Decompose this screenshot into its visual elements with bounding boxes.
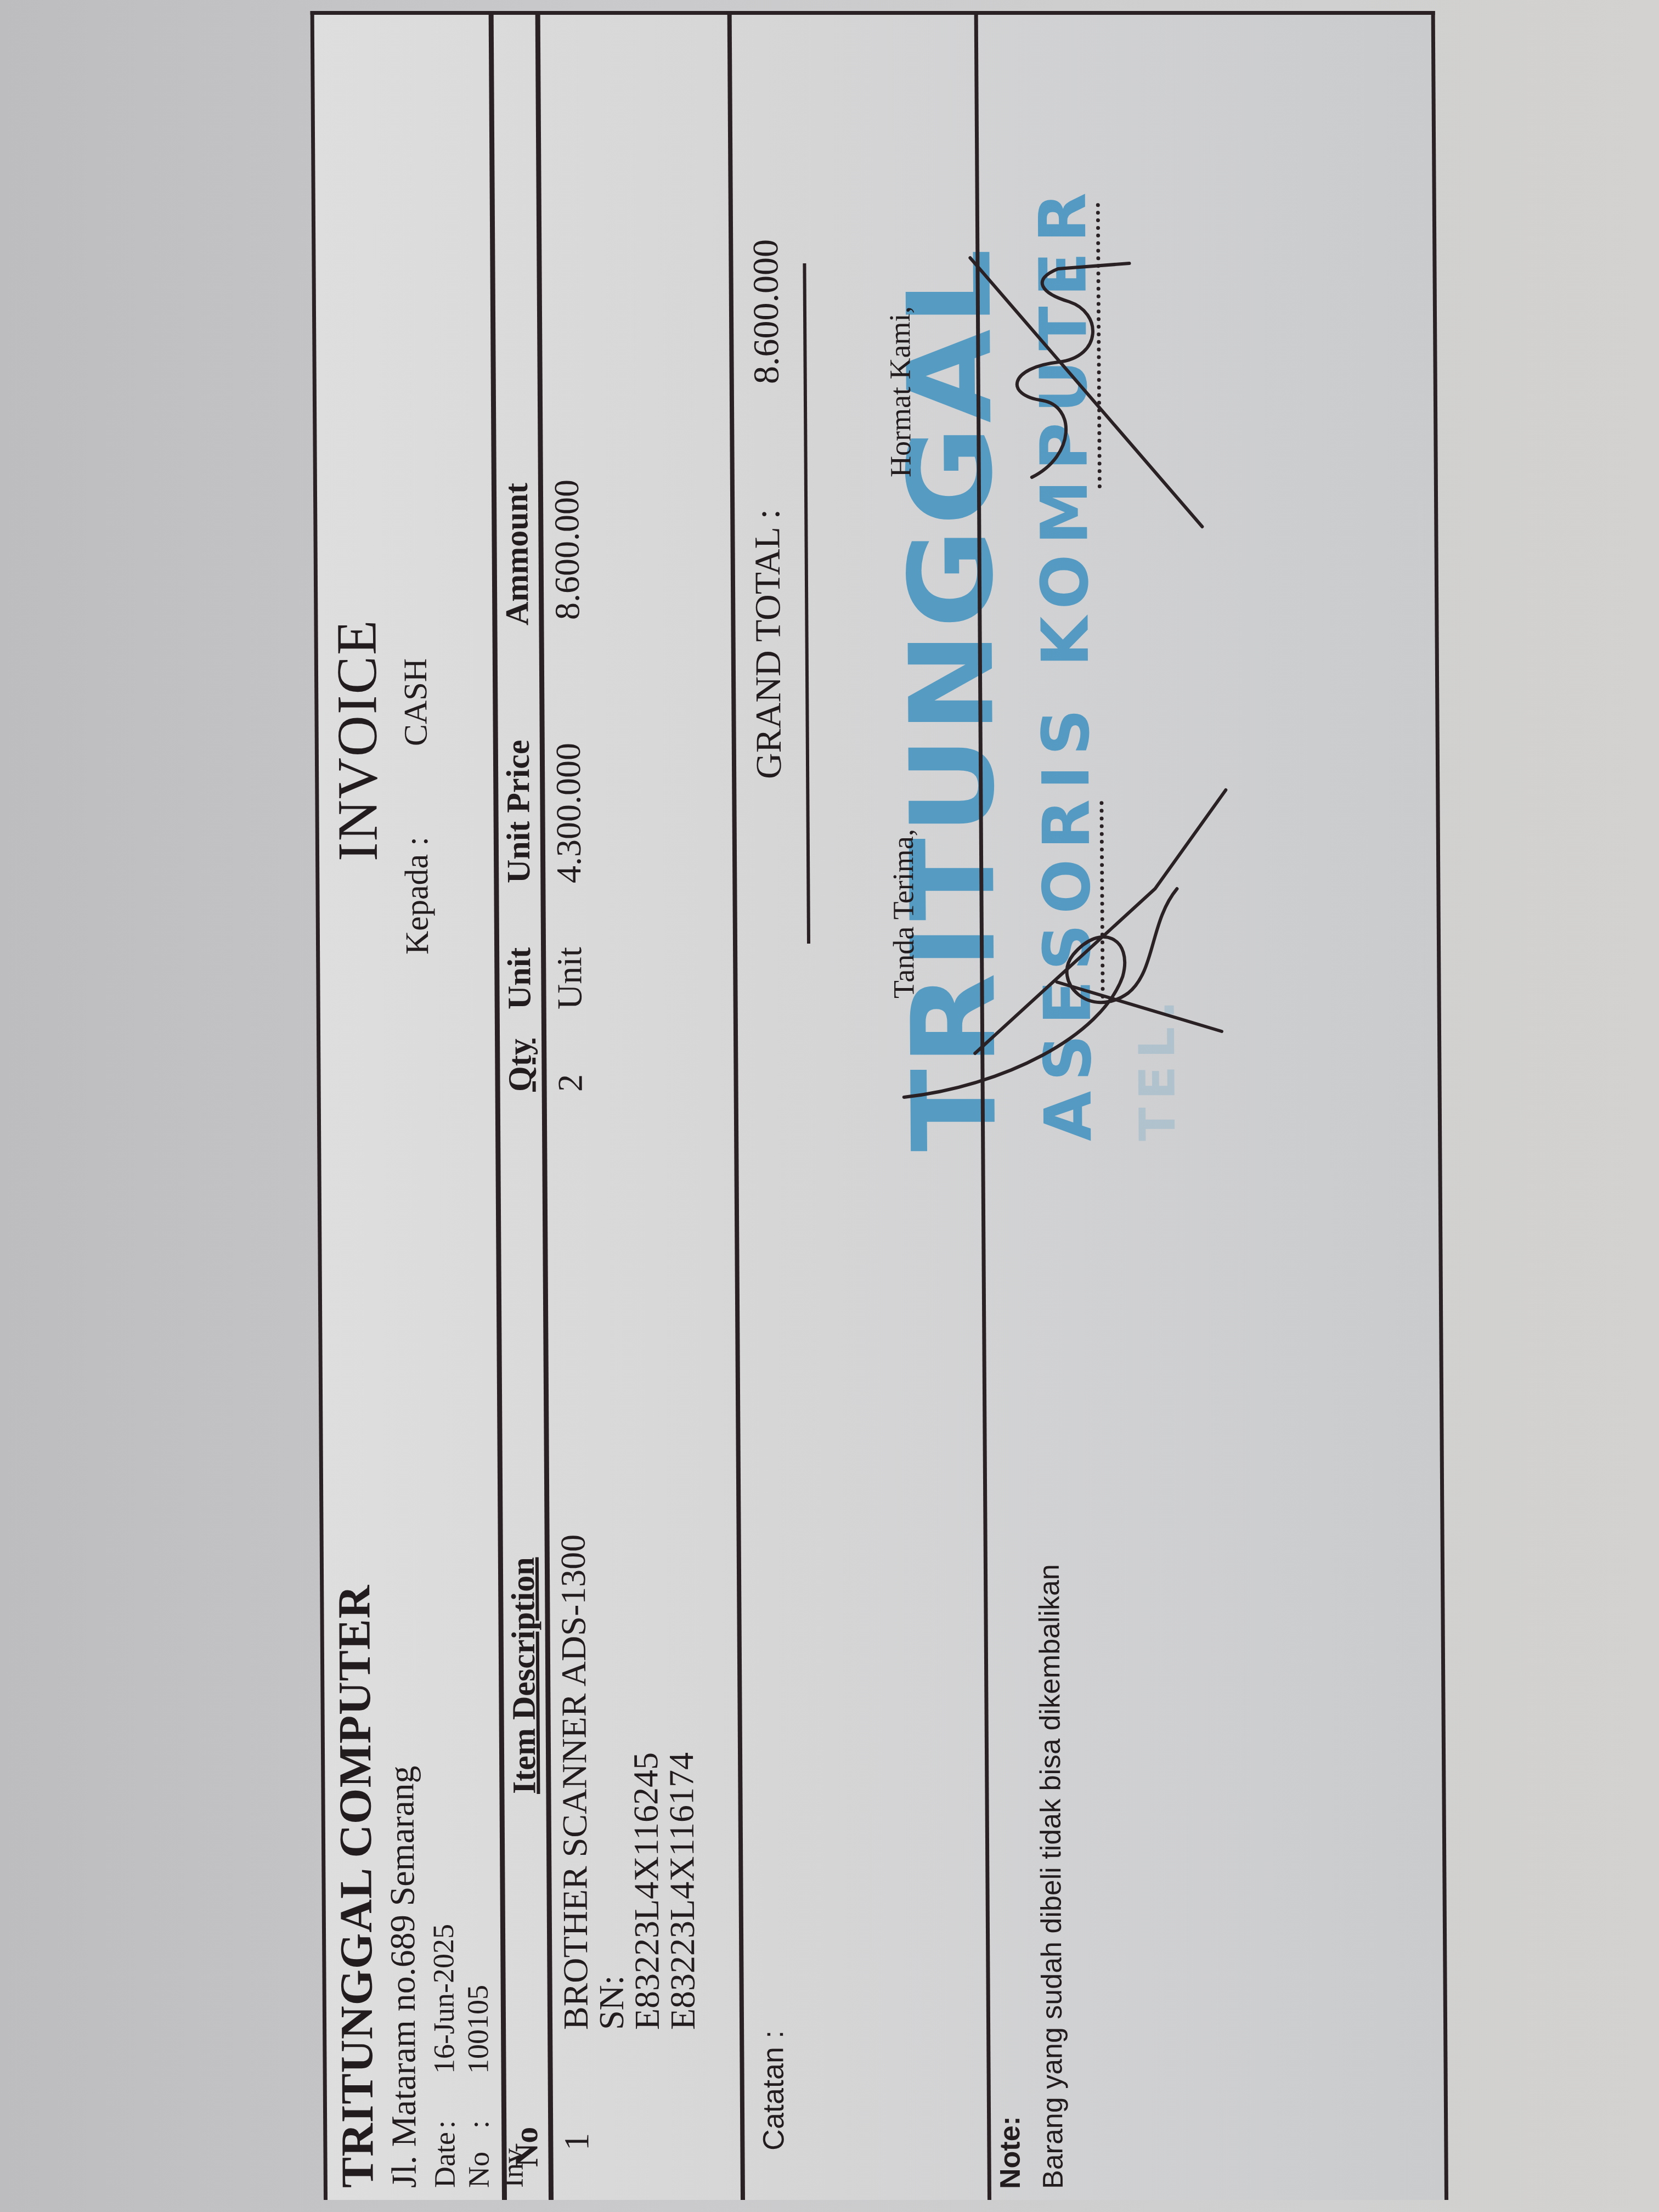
row-qty: 2 (550, 1074, 590, 1092)
invoice-date-row: Date : 16-Jun-2025 (426, 1924, 462, 2188)
column-header-description: Item Description (504, 1557, 544, 1794)
column-header-no: No (507, 2127, 545, 2167)
note-label: Note: (994, 2116, 1027, 2189)
serial-number: E83223L4X116174 (661, 1752, 703, 2030)
sender-signature-label: Hormat Kami, (883, 306, 918, 477)
row-number: 1 (556, 2133, 597, 2151)
row-description: BROTHER SCANNER ADS-1300 (553, 1534, 597, 2030)
catatan-label: Catatan : (756, 2030, 791, 2151)
invoice-border (311, 11, 1448, 2200)
note-text: Barang yang sudah dibeli tidak bisa dike… (1033, 1564, 1070, 2189)
grand-total-row: GRAND TOTAL : 8.600.000 (745, 239, 790, 779)
grand-total-value: 8.600.000 (745, 239, 788, 384)
column-header-unit-price: Unit Price (499, 740, 538, 883)
recipient-label: Kepada : (397, 746, 436, 955)
column-header-qty: Qty (501, 1039, 539, 1092)
date-colon: : (427, 2074, 462, 2129)
column-header-amount: Ammount (498, 483, 537, 625)
row-unit-price: 4.300.000 (548, 743, 590, 883)
row-amount: 8.600.000 (546, 479, 588, 620)
invoice-title: INVOICE (324, 619, 391, 861)
company-name: TRITUNGGAL COMPUTER (328, 1585, 385, 2188)
company-address: Jl. Mataram no.689 Semarang (381, 1765, 425, 2188)
recipient-value: CASH (397, 658, 435, 746)
date-value: 16-Jun-2025 (426, 1924, 461, 2074)
recipient-row: Kepada : CASH (397, 658, 436, 955)
serial-number-label: SN: (591, 1975, 632, 2030)
date-label: Date (427, 2129, 462, 2188)
invoice-document: TRITUNGGAL COMPUTER Jl. Mataram no.689 S… (311, 11, 1448, 2200)
invoice-number-value: 100105 (461, 1985, 529, 2074)
grand-total-label: GRAND TOTAL : (746, 384, 790, 779)
column-header-unit: Unit (500, 947, 539, 1009)
receiver-signature-label: Tanda Terima, (886, 829, 921, 998)
invoice-number-colon: : (461, 2074, 530, 2129)
row-unit: Unit (549, 947, 590, 1009)
